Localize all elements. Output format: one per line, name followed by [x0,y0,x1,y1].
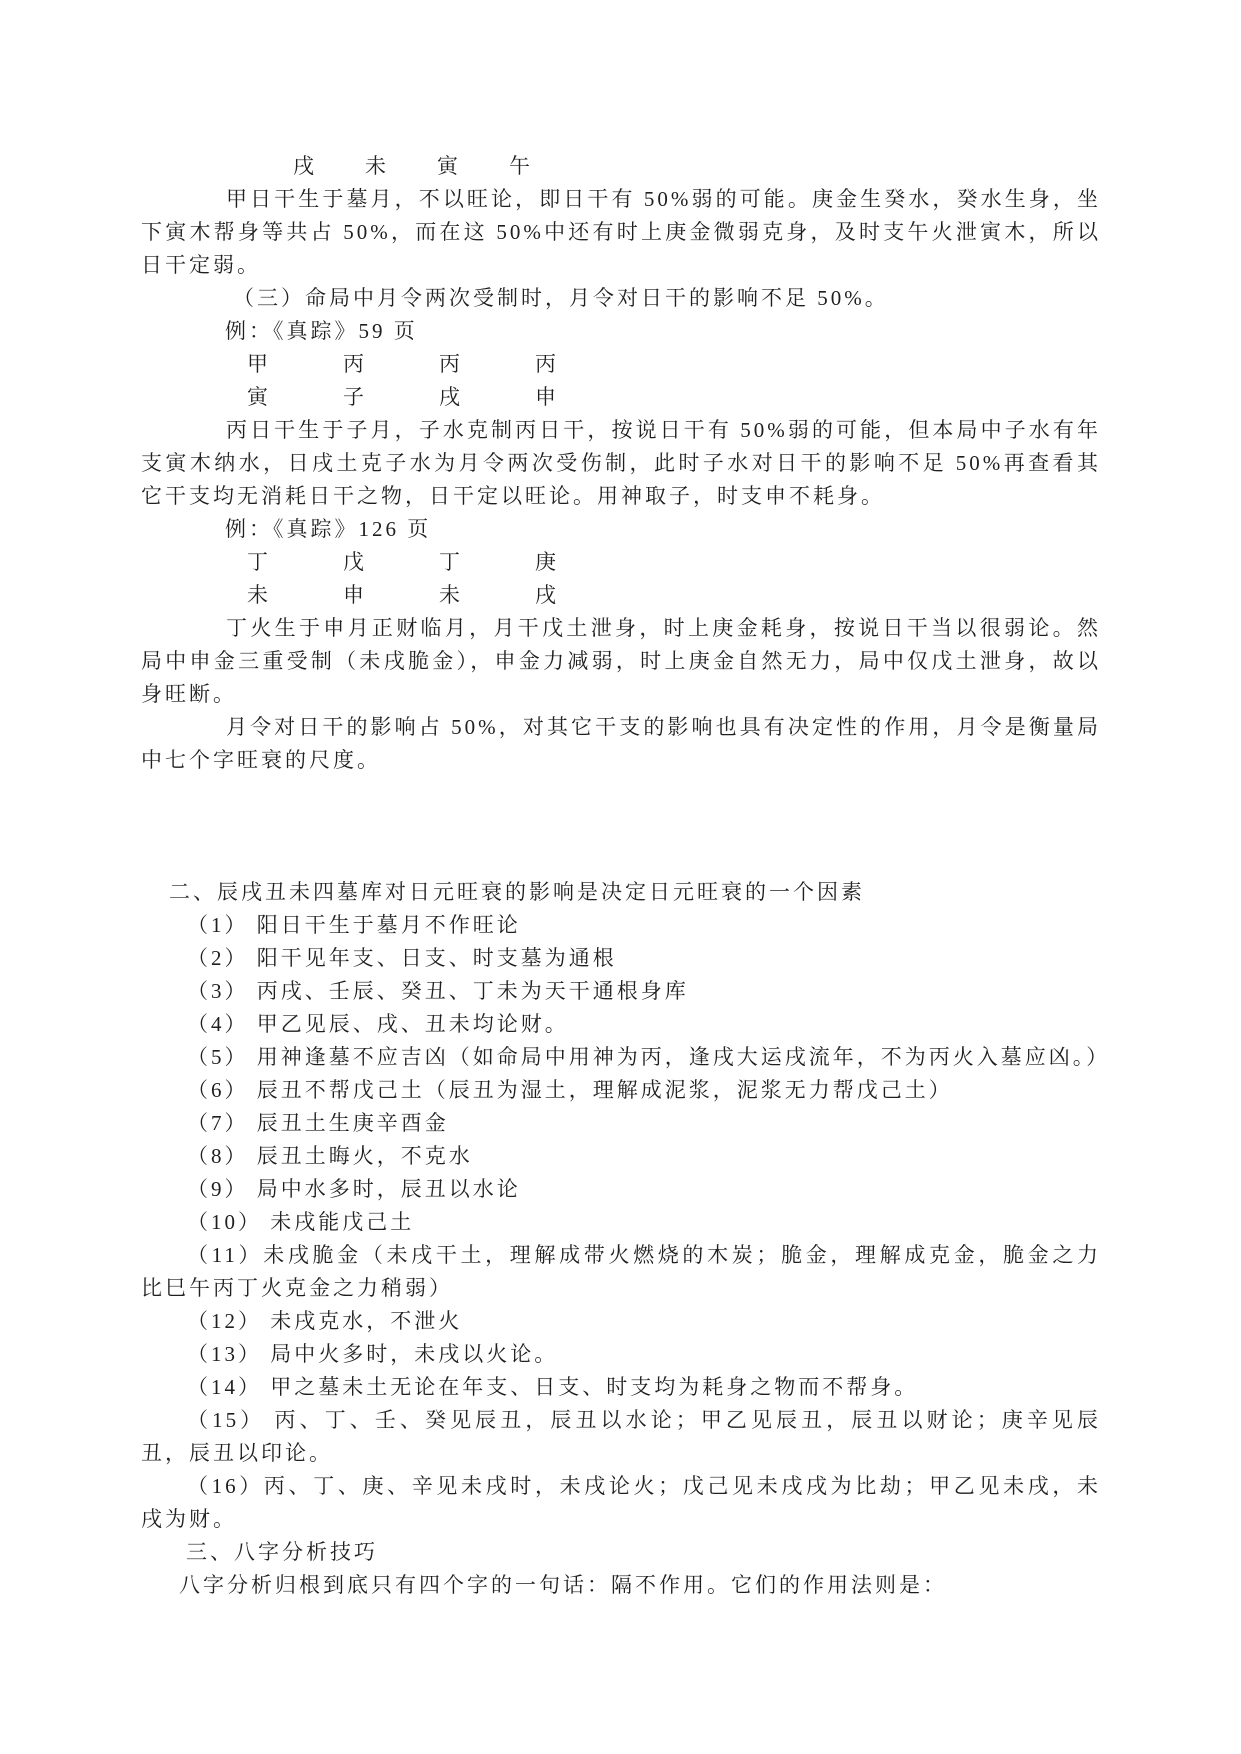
list-item-4: （4） 甲乙见辰、戌、丑未均论财。 [141,1008,1101,1041]
paragraph-bazi-rule-intro: 八字分析归根到底只有四个字的一句话：隔不作用。它们的作用法则是： [141,1569,1101,1602]
paragraph-ding-day-analysis: 丁火生于申月正财临月，月干戊土泄身，时上庚金耗身，按说日干当以很弱论。然局中申金… [141,612,1101,711]
list-item-15: （15） 丙、丁、壬、癸见辰丑，辰丑以水论；甲乙见辰丑，辰丑以财论；庚辛见辰丑，… [141,1404,1101,1470]
list-item-16: （16）丙、丁、庚、辛见未戌时，未戌论火；戊己见未戌戌为比劫；甲乙见未戌，未戌为… [141,1470,1101,1536]
list-item-6: （6） 辰丑不帮戊己土（辰丑为湿土，理解成泥浆，泥浆无力帮戊己土） [141,1074,1101,1107]
paragraph-monthly-rule-summary: 月令对日干的影响占 50%，对其它干支的影响也具有决定性的作用，月令是衡量局中七… [141,711,1101,777]
paragraph-jia-day-analysis: 甲日干生于墓月，不以旺论，即日干有 50%弱的可能。庚金生癸水，癸水生身，坐下寅… [141,183,1101,282]
list-item-11: （11）未戌脆金（未戌干土，理解成带火燃烧的木炭；脆金，理解成克金，脆金之力比巳… [141,1239,1101,1305]
list-item-14: （14） 甲之墓未土无论在年支、日支、时支均为耗身之物而不帮身。 [141,1371,1101,1404]
list-item-2: （2） 阳干见年支、日支、时支墓为通根 [141,942,1101,975]
list-item-13: （13） 局中火多时，未戌以火论。 [141,1338,1101,1371]
document-content: 戌 未 寅 午 甲日干生于墓月，不以旺论，即日干有 50%弱的可能。庚金生癸水，… [141,150,1101,1602]
section3-title: 三、八字分析技巧 [141,1536,1101,1569]
case-three-heading: （三）命局中月令两次受制时，月令对日干的影响不足 50%。 [141,282,1101,315]
pillar-row-branches-top: 戌 未 寅 午 [141,150,1101,183]
list-item-8: （8） 辰丑土晦火，不克水 [141,1140,1101,1173]
list-item-1: （1） 阳日干生于墓月不作旺论 [141,909,1101,942]
section-gap [141,777,1101,876]
chart1-branches-row: 寅 子 戌 申 [141,381,1101,414]
chart2-stems-row: 丁 戊 丁 庚 [141,546,1101,579]
list-item-7: （7） 辰丑土生庚辛酉金 [141,1107,1101,1140]
document-page: 戌 未 寅 午 甲日干生于墓月，不以旺论，即日干有 50%弱的可能。庚金生癸水，… [0,0,1241,1754]
list-item-5: （5） 用神逢墓不应吉凶（如命局中用神为丙，逢戌大运戌流年，不为丙火入墓应凶。） [141,1041,1101,1074]
example-label-1: 例：《真踪》59 页 [141,315,1101,348]
paragraph-bing-day-analysis: 丙日干生于子月，子水克制丙日干，按说日干有 50%弱的可能，但本局中子水有年支寅… [141,414,1101,513]
list-item-12: （12） 未戌克水，不泄火 [141,1305,1101,1338]
example-label-2: 例：《真踪》126 页 [141,513,1101,546]
list-item-10: （10） 未戌能戊己土 [141,1206,1101,1239]
list-item-9: （9） 局中水多时，辰丑以水论 [141,1173,1101,1206]
chart1-stems-row: 甲 丙 丙 丙 [141,348,1101,381]
chart2-branches-row: 未 申 未 戌 [141,579,1101,612]
section2-title: 二、辰戌丑未四墓库对日元旺衰的影响是决定日元旺衰的一个因素 [141,876,1101,909]
list-item-3: （3） 丙戌、壬辰、癸丑、丁未为天干通根身库 [141,975,1101,1008]
